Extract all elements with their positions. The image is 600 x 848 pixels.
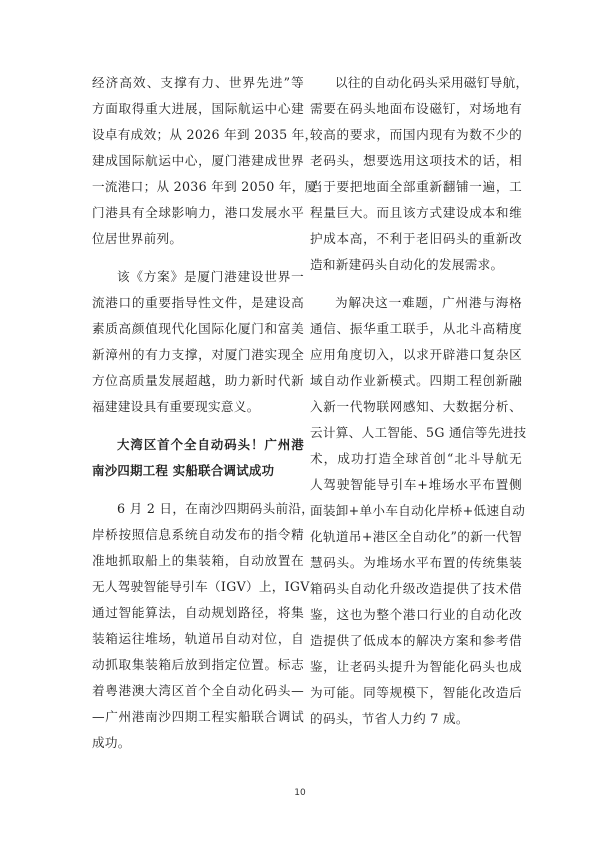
page-number: 10 (0, 788, 600, 798)
text-line: 造提供了低成本的解决方案和参考借 (310, 628, 522, 654)
text-line: 较高的要求，而国内现有为数不少的 (310, 122, 522, 148)
text-line: 为解决这一难题，广州港与海格 (310, 290, 522, 316)
text-line: 的码头，节省人力约 7 成。 (310, 706, 522, 732)
text-line: 着粤港澳大湾区首个全自动化码头— (92, 678, 304, 704)
text-line: 为可能。同等规模下，智能化改造后 (310, 680, 522, 706)
text-line: 新漳州的有力支撑，对厦门港实现全 (92, 342, 304, 368)
text-line: 岸桥按照信息系统自动发布的指令精 (92, 522, 304, 548)
section-heading: 大湾区首个全自动码头！广州港 南沙四期工程 实船联合调试成功 (92, 432, 304, 484)
text-line: 经济高效、支撑有力、世界先进”等 (92, 70, 304, 96)
text-line: 门港具有全球影响力，港口发展水平 (92, 200, 304, 226)
text-line: 化轨道吊+港区全自动化”的新一代智 (310, 524, 522, 550)
text-line: 准地抓取船上的集装箱，自动放置在 (92, 548, 304, 574)
text-line: 慧码头。为堆场水平布置的传统集装 (310, 550, 522, 576)
text-line: 应用角度切入，以求开辟港口复杂区 (310, 342, 522, 368)
text-line: 面装卸+单小车自动化岸桥+低速自动 (310, 498, 522, 524)
heading-line: 大湾区首个全自动码头！广州港 (92, 432, 304, 458)
paragraph-nansha-test: 6 月 2 日，在南沙四期码头前沿， 岸桥按照信息系统自动发布的指令精 准地抓取… (92, 496, 304, 756)
text-line: 程量巨大。而且该方式建设成本和维 (310, 200, 522, 226)
text-line: —广州港南沙四期工程实船联合调试 (92, 704, 304, 730)
text-line: 6 月 2 日，在南沙四期码头前沿， (92, 496, 304, 522)
text-line: 当于要把地面全部重新翻铺一遍，工 (310, 174, 522, 200)
text-line: 护成本高，不利于老旧码头的重新改 (310, 226, 522, 252)
text-line: 通过智能算法，自动规划路径，将集 (92, 600, 304, 626)
paragraph-beidou-solution: 为解决这一难题，广州港与海格 通信、振华重工联手，从北斗高精度 应用角度切入，以… (310, 290, 522, 732)
text-line: 域自动作业新模式。四期工程创新融 (310, 368, 522, 394)
text-line: 需要在码头地面布设磁钉，对场地有 (310, 96, 522, 122)
text-line: 成功。 (92, 730, 304, 756)
paragraph-magnetic-nail: 以往的自动化码头采用磁钉导航， 需要在码头地面布设磁钉，对场地有 较高的要求，而… (310, 70, 522, 278)
text-line: 一流港口；从 2036 年到 2050 年，厦 (92, 174, 304, 200)
text-line: 流港口的重要指导性文件，是建设高 (92, 290, 304, 316)
text-line: 术，成功打造全球首创“北斗导航无 (310, 446, 522, 472)
text-line: 建成国际航运中心，厦门港建成世界 (92, 148, 304, 174)
text-line: 位居世界前列。 (92, 226, 304, 252)
text-line: 老码头，想要选用这项技术的话，相 (310, 148, 522, 174)
text-line: 动抓取集装箱后放到指定位置。标志 (92, 652, 304, 678)
text-line: 无人驾驶智能导引车（IGV）上，IGV (92, 574, 304, 600)
text-line: 福建建设具有重要现实意义。 (92, 394, 304, 420)
text-line: 方位高质量发展超越，助力新时代新 (92, 368, 304, 394)
left-column: 经济高效、支撑有力、世界先进”等 方面取得重大进展，国际航运中心建 设卓有成效；… (92, 70, 304, 756)
text-line: 方面取得重大进展，国际航运中心建 (92, 96, 304, 122)
text-line: 通信、振华重工联手，从北斗高精度 (310, 316, 522, 342)
text-line: 该《方案》是厦门港建设世界一 (92, 264, 304, 290)
text-line: 云计算、人工智能、5G 通信等先进技 (310, 420, 522, 446)
right-column: 以往的自动化码头采用磁钉导航， 需要在码头地面布设磁钉，对场地有 较高的要求，而… (310, 70, 522, 732)
heading-line: 南沙四期工程 实船联合调试成功 (92, 458, 304, 484)
text-line: 入新一代物联网感知、大数据分析、 (310, 394, 522, 420)
text-line: 造和新建码头自动化的发展需求。 (310, 252, 522, 278)
paragraph-plan-goals: 经济高效、支撑有力、世界先进”等 方面取得重大进展，国际航运中心建 设卓有成效；… (92, 70, 304, 252)
text-line: 箱码头自动化升级改造提供了技术借 (310, 576, 522, 602)
text-line: 以往的自动化码头采用磁钉导航， (310, 70, 522, 96)
text-line: 鉴，这也为整个港口行业的自动化改 (310, 602, 522, 628)
text-line: 素质高颜值现代化国际化厦门和富美 (92, 316, 304, 342)
text-line: 人驾驶智能导引车+堆场水平布置侧 (310, 472, 522, 498)
text-line: 设卓有成效；从 2026 年到 2035 年， (92, 122, 304, 148)
text-line: 装箱运往堆场，轨道吊自动对位，自 (92, 626, 304, 652)
paragraph-plan-significance: 该《方案》是厦门港建设世界一 流港口的重要指导性文件，是建设高 素质高颜值现代化… (92, 264, 304, 420)
text-line: 鉴，让老码头提升为智能化码头也成 (310, 654, 522, 680)
